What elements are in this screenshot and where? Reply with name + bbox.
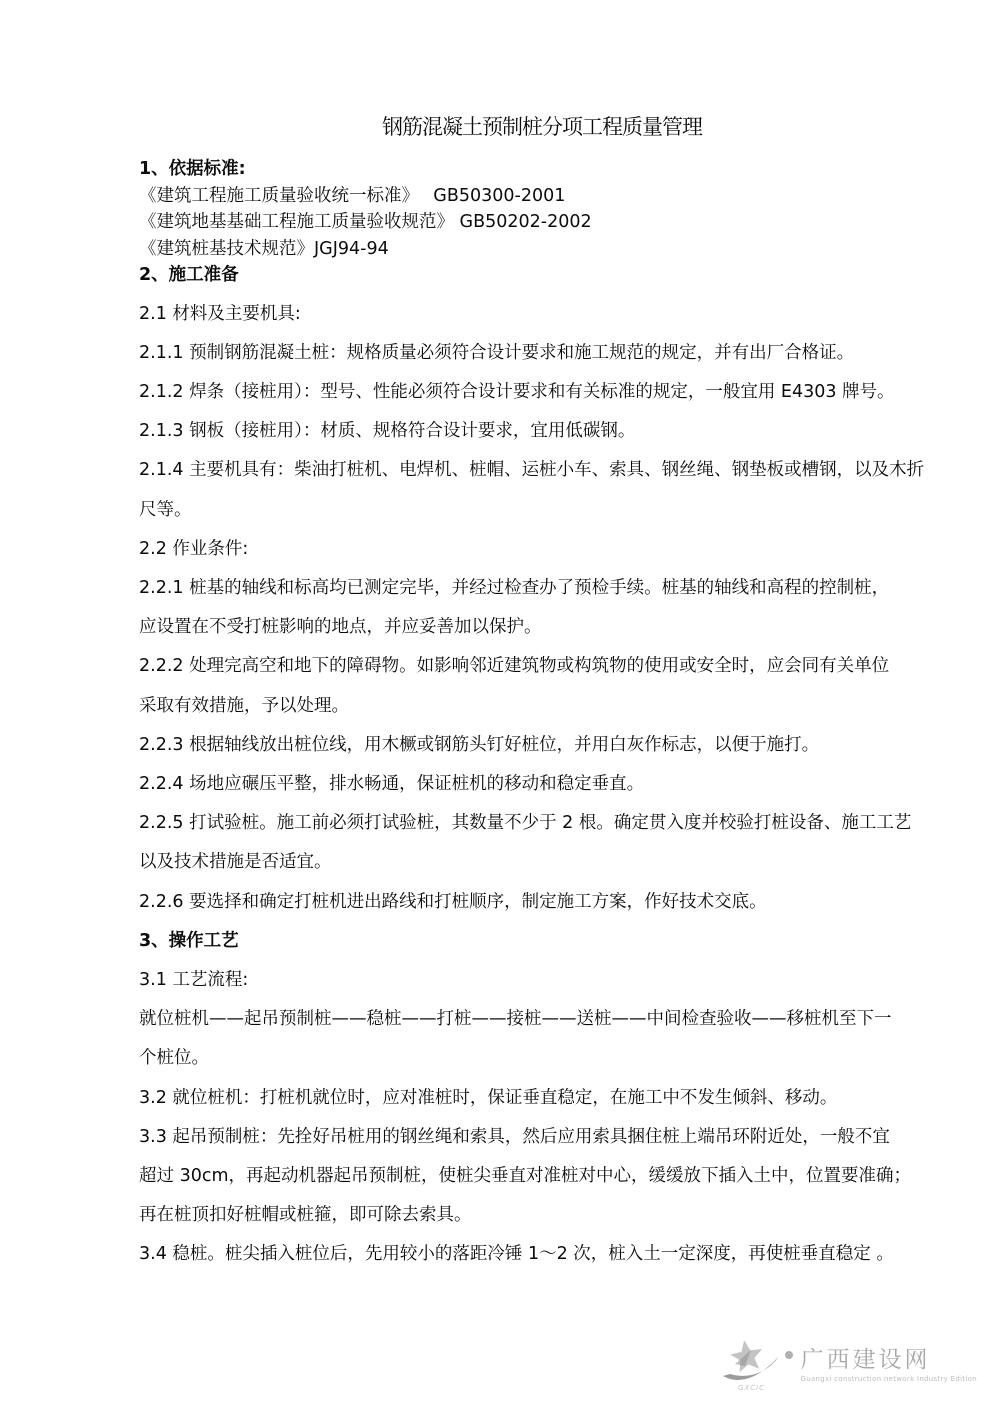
document-page: 钢筋混凝土预制桩分项工程质量管理 1、依据标准:《建筑工程施工质量验收统一标准》… <box>0 0 992 1403</box>
watermark-star: GXCIC <box>721 1334 783 1392</box>
watermark-tagline: Guangxi construction network Industry Ed… <box>801 1375 978 1383</box>
body-line: 2.1.1 预制钢筋混凝土桩：规格质量必须符合设计要求和施工规范的规定，并有出厂… <box>139 334 945 373</box>
body-line: 2.2.6 要选择和确定打桩机进出路线和打桩顺序，制定施工方案，作好技术交底。 <box>139 883 945 922</box>
body-line: 2.2.4 场地应碾压平整，排水畅通，保证桩机的移动和稳定垂直。 <box>139 765 945 804</box>
standards-line: 《建筑地基基础工程施工质量验收规范》 GB50202-2002 <box>139 209 945 236</box>
body-line: 2.1.2 焊条（接桩用）：型号、性能必须符合设计要求和有关标准的规定，一般宜用… <box>139 373 945 412</box>
body-line: 2.2.3 根据轴线放出桩位线，用木橛或钢筋头钉好桩位，并用白灰作标志，以便于施… <box>139 726 945 765</box>
body-line: 以及技术措施是否适宜。 <box>139 843 945 882</box>
body-line: 个桩位。 <box>139 1039 945 1078</box>
body-line: 2.2.2 处理完高空和地下的障碍物。如影响邻近建筑物或构筑物的使用或安全时，应… <box>139 647 945 686</box>
body-line: 2.1 材料及主要机具: <box>139 295 945 334</box>
body-line: 就位桩机——起吊预制桩——稳桩——打桩——接桩——送桩——中间检查验收——移桩机… <box>139 1000 945 1039</box>
body-line: 3.3 起吊预制桩：先拴好吊桩用的钢丝绳和索具，然后应用索具捆住桩上端吊环附近处… <box>139 1118 945 1157</box>
standards-block: 1、依据标准:《建筑工程施工质量验收统一标准》 GB50300-2001《建筑地… <box>139 156 945 289</box>
body-line: 2.2 作业条件: <box>139 530 945 569</box>
body-line: 2.2.5 打试验桩。施工前必须打试验桩，其数量不少于 2 根。确定贯入度并校验… <box>139 804 945 843</box>
standards-line: 1、依据标准: <box>139 156 945 183</box>
watermark-name-row: 广西建设网 <box>785 1348 978 1372</box>
document-content: 钢筋混凝土预制桩分项工程质量管理 1、依据标准:《建筑工程施工质量验收统一标准》… <box>139 0 945 1275</box>
body-text-block: 2.1 材料及主要机具:2.1.1 预制钢筋混凝土桩：规格质量必须符合设计要求和… <box>139 295 945 1275</box>
watermark-logo: GXCIC 广西建设网 Guangxi construction network… <box>721 1334 978 1392</box>
standards-line: 《建筑桩基技术规范》JGJ94-94 <box>139 236 945 263</box>
watermark-site-name: 广西建设网 <box>801 1348 931 1372</box>
body-line: 2.2.1 桩基的轴线和标高均已测定完毕，并经过检查办了预检手续。桩基的轴线和高… <box>139 569 945 608</box>
body-line: 3.1 工艺流程: <box>139 961 945 1000</box>
watermark-star-label: GXCIC <box>721 1384 783 1392</box>
body-line: 超过 30cm，再起动机器起吊预制桩，使桩尖垂直对准桩对中心，缓缓放下插入土中，… <box>139 1157 945 1196</box>
watermark-text: 广西建设网 Guangxi construction network Indus… <box>785 1334 978 1383</box>
body-line: 采取有效措施，予以处理。 <box>139 687 945 726</box>
page-title: 钢筋混凝土预制桩分项工程质量管理 <box>139 112 945 142</box>
star-icon <box>721 1334 783 1384</box>
standards-line: 2、施工准备 <box>139 262 945 289</box>
body-line: 3.2 就位桩机：打桩机就位时，应对准桩时，保证垂直稳定，在施工中不发生倾斜、移… <box>139 1079 945 1118</box>
body-line: 3、操作工艺 <box>139 922 945 961</box>
body-line: 应设置在不受打桩影响的地点，并应妥善加以保护。 <box>139 608 945 647</box>
body-line: 2.1.3 钢板（接桩用）：材质、规格符合设计要求，宜用低碳钢。 <box>139 412 945 451</box>
body-line: 3.4 稳桩。桩尖插入桩位后，先用较小的落距冷锤 1～2 次，桩入土一定深度，再… <box>139 1235 945 1274</box>
standards-line: 《建筑工程施工质量验收统一标准》 GB50300-2001 <box>139 183 945 210</box>
body-line: 2.1.4 主要机具有：柴油打桩机、电焊机、桩帽、运桩小车、索具、钢丝绳、钢垫板… <box>139 451 945 490</box>
body-line: 再在桩顶扣好桩帽或桩箍，即可除去索具。 <box>139 1196 945 1235</box>
body-line: 尺等。 <box>139 491 945 530</box>
dot-icon <box>785 1351 793 1359</box>
